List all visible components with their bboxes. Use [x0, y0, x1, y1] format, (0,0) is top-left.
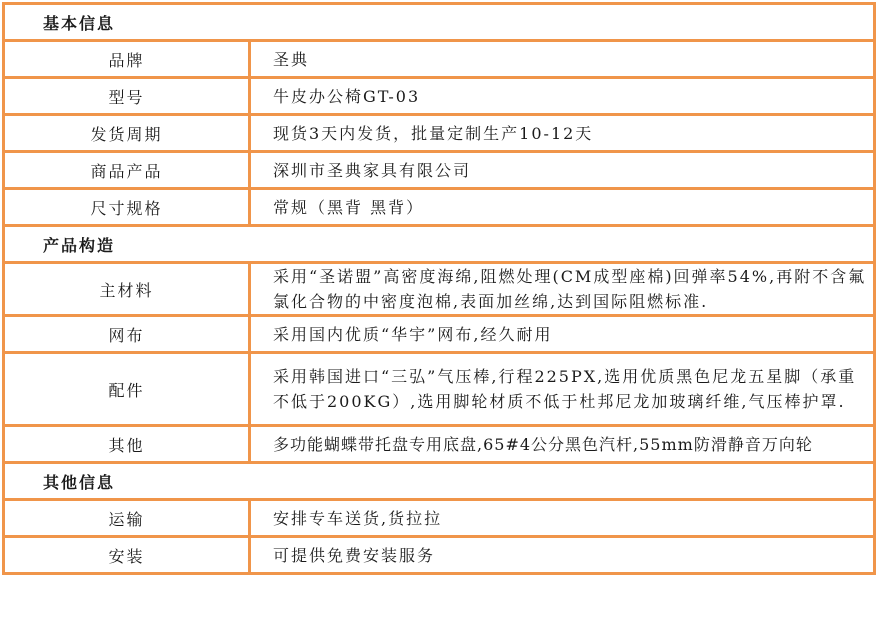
section-header-row: 其他信息	[4, 463, 875, 500]
table-row: 运输 安排专车送货,货拉拉	[4, 500, 875, 537]
table-row: 型号 牛皮办公椅GT-03	[4, 78, 875, 115]
product-spec-table: 基本信息 品牌 圣典 型号 牛皮办公椅GT-03 发货周期 现货3天内发货，批量…	[2, 2, 876, 575]
row-value-shipping: 安排专车送货,货拉拉	[250, 500, 875, 537]
row-label-brand: 品牌	[4, 41, 250, 78]
section-header-row: 基本信息	[4, 4, 875, 41]
table-row: 尺寸规格 常规（黑背 黑背）	[4, 189, 875, 226]
table-row: 网布 采用国内优质“华宇”网布,经久耐用	[4, 316, 875, 353]
row-label-mesh: 网布	[4, 316, 250, 353]
table-row: 商品产品 深圳市圣典家具有限公司	[4, 152, 875, 189]
row-label-manufacturer: 商品产品	[4, 152, 250, 189]
row-value-model: 牛皮办公椅GT-03	[250, 78, 875, 115]
table-row: 其他 多功能蝴蝶带托盘专用底盘,65#4公分黑色汽杆,55mm防滑静音万向轮	[4, 426, 875, 463]
section-title-other-info: 其他信息	[4, 463, 875, 500]
row-label-size: 尺寸规格	[4, 189, 250, 226]
row-label-delivery-cycle: 发货周期	[4, 115, 250, 152]
section-header-row: 产品构造	[4, 226, 875, 263]
table-row: 主材料 采用“圣诺盟”高密度海绵,阻燃处理(CM成型座棉)回弹率54%,再附不含…	[4, 263, 875, 316]
row-label-shipping: 运输	[4, 500, 250, 537]
row-value-other: 多功能蝴蝶带托盘专用底盘,65#4公分黑色汽杆,55mm防滑静音万向轮	[250, 426, 875, 463]
row-value-installation: 可提供免费安装服务	[250, 537, 875, 574]
row-value-accessories: 采用韩国进口“三弘”气压棒,行程225PX,选用优质黑色尼龙五星脚（承重不低于2…	[250, 353, 875, 426]
table-row: 安装 可提供免费安装服务	[4, 537, 875, 574]
table-row: 品牌 圣典	[4, 41, 875, 78]
row-value-manufacturer: 深圳市圣典家具有限公司	[250, 152, 875, 189]
row-label-other: 其他	[4, 426, 250, 463]
row-value-delivery-cycle: 现货3天内发货，批量定制生产10-12天	[250, 115, 875, 152]
row-label-accessories: 配件	[4, 353, 250, 426]
row-label-model: 型号	[4, 78, 250, 115]
section-title-basic-info: 基本信息	[4, 4, 875, 41]
table-row: 配件 采用韩国进口“三弘”气压棒,行程225PX,选用优质黑色尼龙五星脚（承重不…	[4, 353, 875, 426]
row-value-size: 常规（黑背 黑背）	[250, 189, 875, 226]
section-title-construction: 产品构造	[4, 226, 875, 263]
row-value-brand: 圣典	[250, 41, 875, 78]
table-row: 发货周期 现货3天内发货，批量定制生产10-12天	[4, 115, 875, 152]
row-value-mesh: 采用国内优质“华宇”网布,经久耐用	[250, 316, 875, 353]
row-label-installation: 安装	[4, 537, 250, 574]
row-value-main-material: 采用“圣诺盟”高密度海绵,阻燃处理(CM成型座棉)回弹率54%,再附不含氟氯化合…	[250, 263, 875, 316]
row-label-main-material: 主材料	[4, 263, 250, 316]
